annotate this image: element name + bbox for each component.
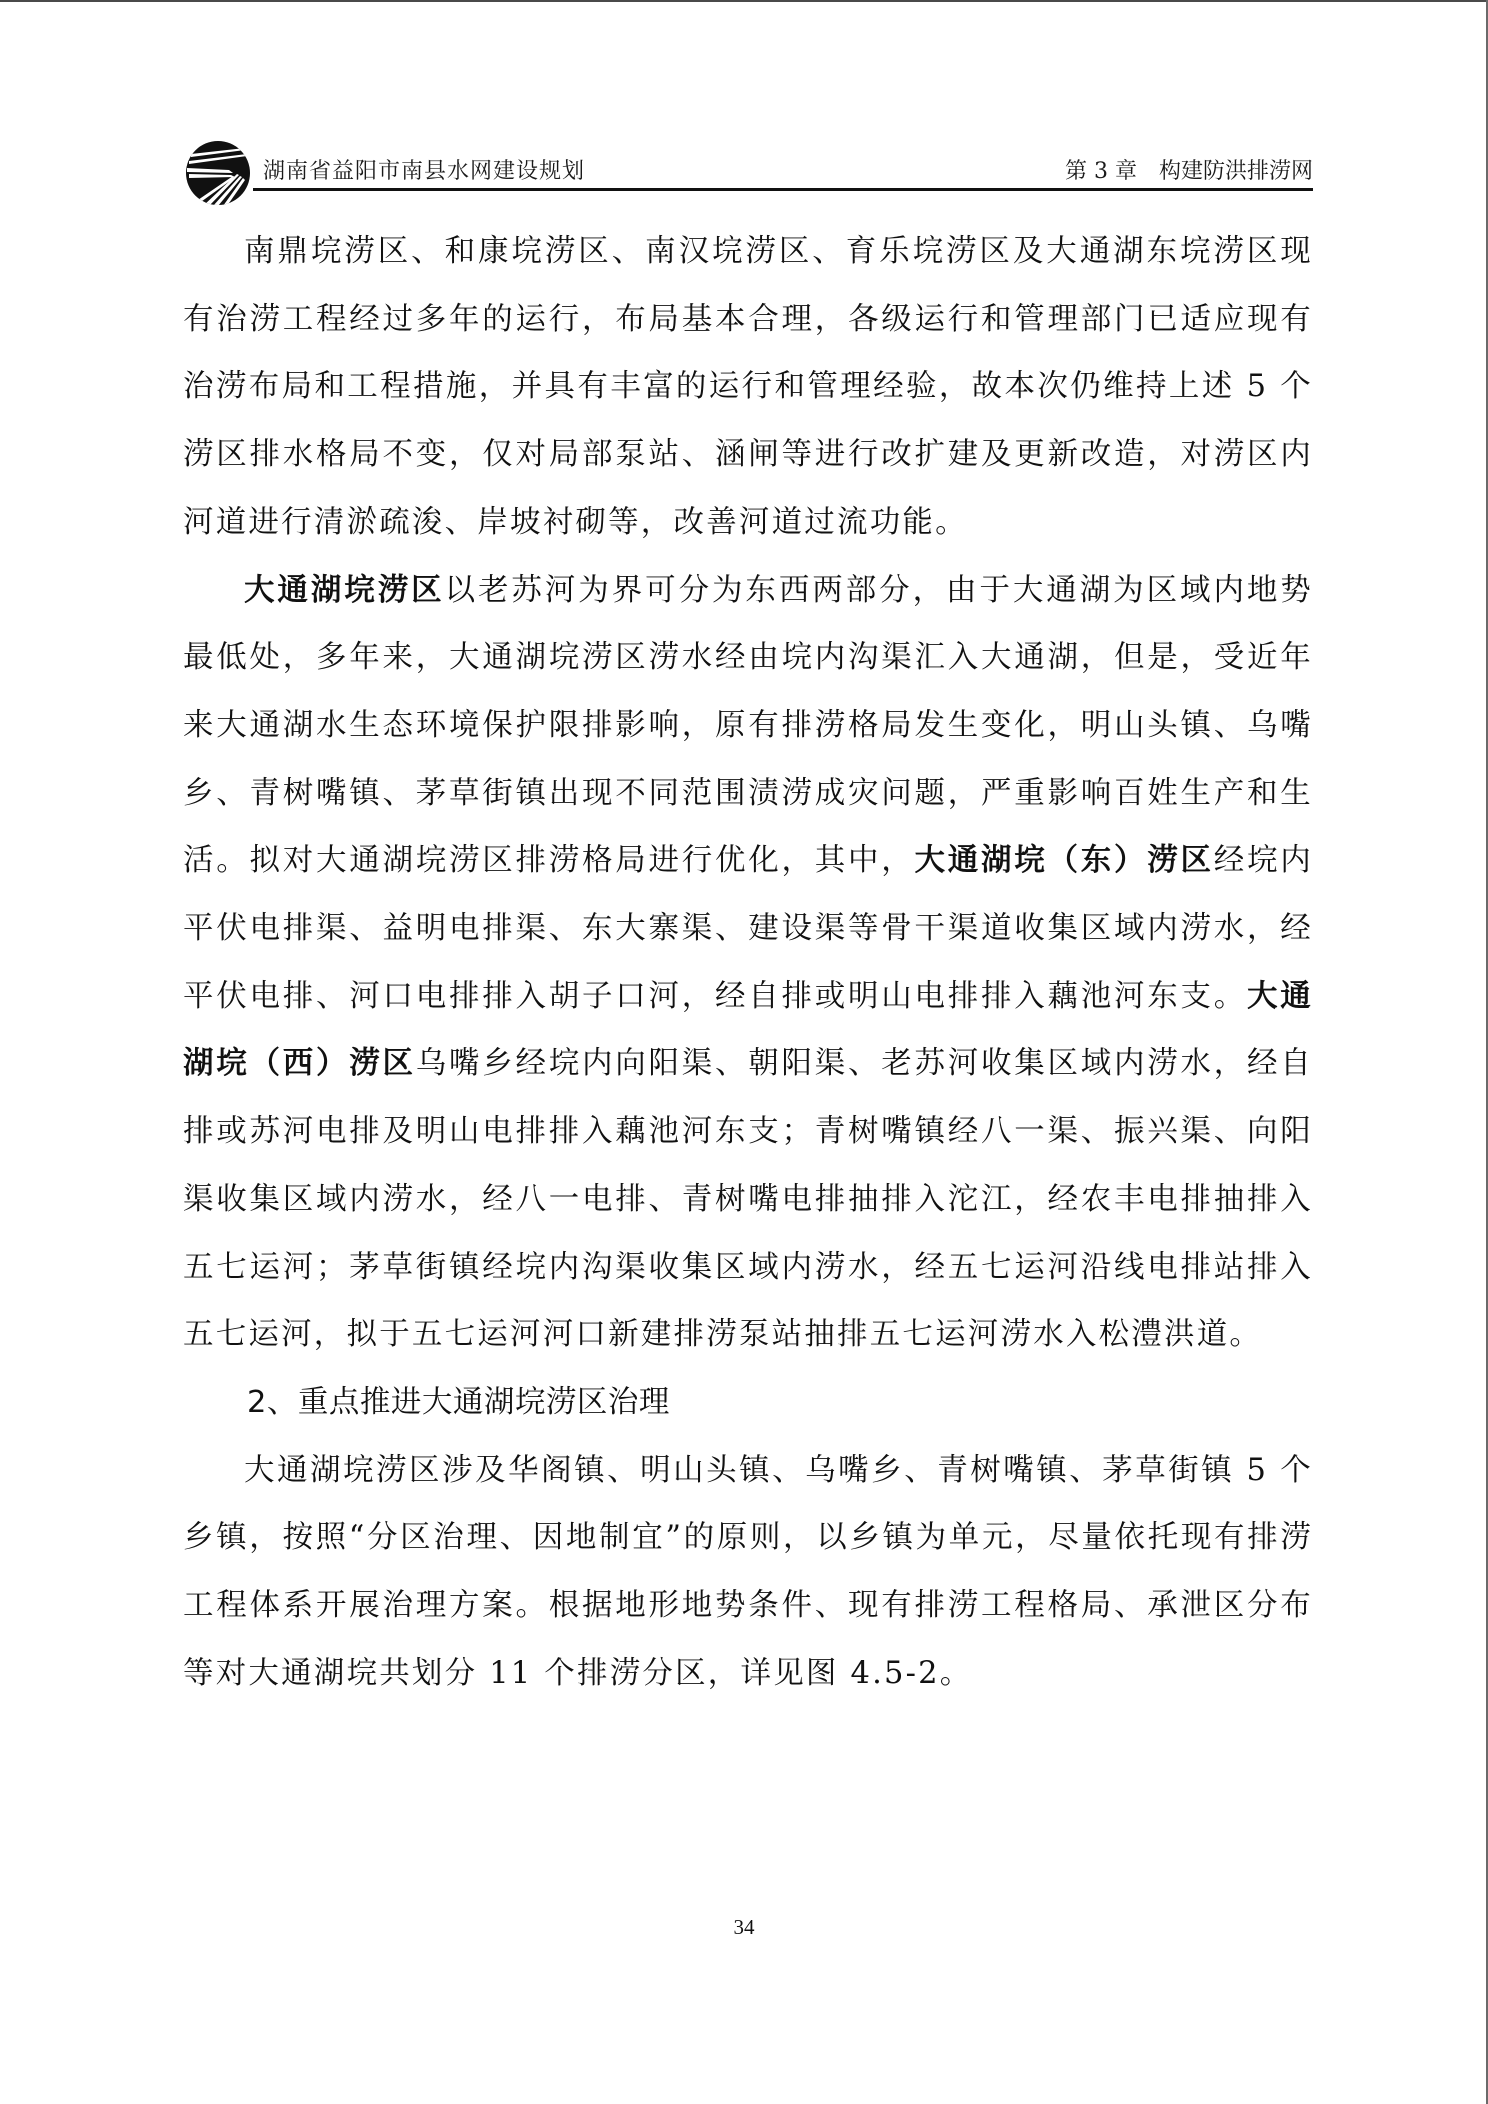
chapter-title: 第 3 章 构建防洪排涝网 — [1065, 154, 1313, 185]
header-rule — [253, 188, 1313, 191]
paragraph-3: 大通湖垸涝区涉及华阁镇、明山头镇、乌嘴乡、青树嘴镇、茅草街镇 5 个乡镇，按照“… — [183, 1437, 1313, 1708]
page-number: 34 — [0, 1915, 1488, 1940]
bold-term-datonghu-east: 大通湖垸（东）涝区 — [915, 843, 1214, 878]
page-header: 湖南省益阳市南县水网建设规划 第 3 章 构建防洪排涝网 — [183, 138, 1313, 208]
paragraph-text: 南鼎垸涝区、和康垸涝区、南汉垸涝区、育乐垸涝区及大通湖东垸涝区现有治涝工程经过多… — [183, 234, 1313, 540]
bold-term-datonghu-polder: 大通湖垸涝区 — [244, 573, 445, 608]
paragraph-2: 大通湖垸涝区以老苏河为界可分为东西两部分，由于大通湖为区域内地势最低处，多年来，… — [183, 557, 1313, 1369]
paragraph-text: 以老苏河为界可分为东西两部分，由于大通湖为区域内地势最低处，多年来，大通湖垸涝区… — [183, 573, 1313, 879]
paragraph-1: 南鼎垸涝区、和康垸涝区、南汉垸涝区、育乐垸涝区及大通湖东垸涝区现有治涝工程经过多… — [183, 218, 1313, 557]
page-border-top — [0, 0, 1488, 2]
page-body: 南鼎垸涝区、和康垸涝区、南汉垸涝区、育乐垸涝区及大通湖东垸涝区现有治涝工程经过多… — [183, 218, 1313, 1707]
document-title: 湖南省益阳市南县水网建设规划 — [263, 154, 585, 185]
river-road-emblem-icon — [185, 140, 251, 206]
paragraph-text: 乌嘴乡经垸内向阳渠、朝阳渠、老苏河收集区域内涝水，经自排或苏河电排及明山电排排入… — [183, 1046, 1313, 1352]
section-heading: 2、重点推进大通湖垸涝区治理 — [183, 1369, 1313, 1437]
